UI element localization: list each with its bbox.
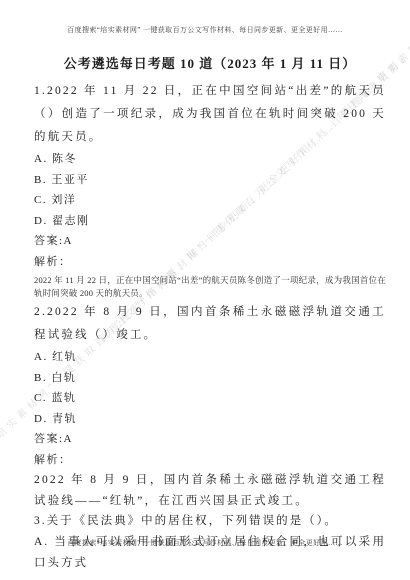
question-2-analysis-text: 2022 年 8 月 9 日，国内首条稀土永磁磁浮轨道交通工程试验线——“红轨”… (34, 470, 386, 511)
question-1-answer: 答案:A (34, 231, 386, 252)
question-1-analysis-label: 解析： (34, 252, 386, 273)
question-2-option-b: B. 白轨 (34, 368, 386, 389)
document-page: 百度搜索“培实素材网”一键获取百万公文写作材料、每日同步更新、更全更好用……百度… (0, 0, 410, 580)
question-1-analysis-text: 2022 年 11 月 22 日，正在中国空间站“出差”的航天员陈冬创造了一项纪… (34, 274, 386, 299)
document-body: 公考遴选每日考题 10 道（2023 年 1 月 11 日） 1.2022 年 … (34, 54, 386, 574)
question-2-option-a: A. 红轨 (34, 347, 386, 368)
header-notice: 百度搜索“培实素材网” 一键获取百万公文写作材料、每日同步更新、更全更好用…… (0, 25, 410, 35)
question-2-option-c: C. 蓝轨 (34, 388, 386, 409)
question-1-option-a: A. 陈冬 (34, 149, 386, 170)
question-1-option-b: B. 王亚平 (34, 170, 386, 191)
question-2-answer: 答案:A (34, 429, 386, 450)
doc-title: 公考遴选每日考题 10 道（2023 年 1 月 11 日） (34, 54, 386, 74)
question-1-option-d: D. 翟志刚 (34, 211, 386, 232)
question-1-stem: 1.2022 年 11 月 22 日，正在中国空间站“出差”的航天员（）创造了一… (34, 80, 386, 149)
question-3-stem: 3.关于《民法典》中的居住权，下列错误的是（）。 (34, 511, 386, 532)
question-1-option-c: C. 刘洋 (34, 190, 386, 211)
question-2-analysis-label: 解析： (34, 450, 386, 471)
footer-notice: 百度搜索“培实素材网” 一键获取百万公文写作材料、每日同步更新、更全更好用…… (0, 538, 410, 548)
question-2-stem: 2.2022 年 8 月 9 日，国内首条稀土永磁磁浮轨道交通工程试验线（）竣工… (34, 301, 386, 347)
question-2-option-d: D. 青轨 (34, 409, 386, 430)
